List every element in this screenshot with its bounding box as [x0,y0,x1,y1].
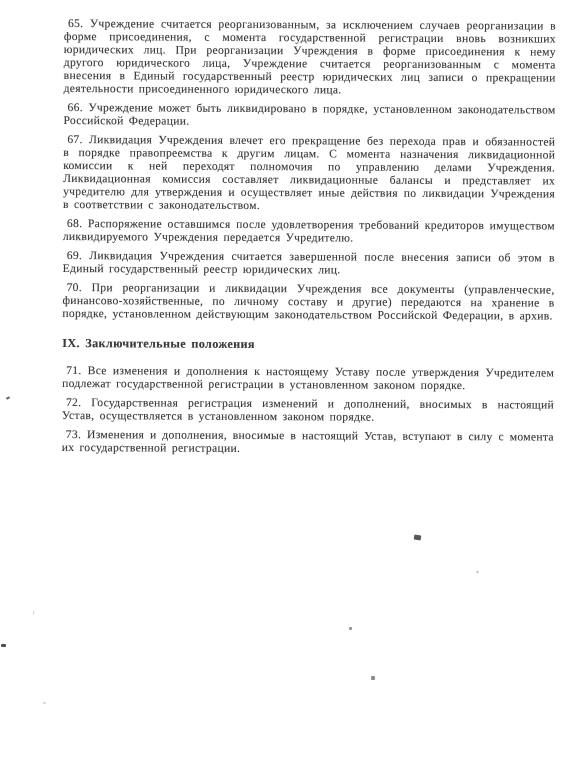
paragraph-71: 71. Все изменения и дополнения к настоящ… [62,364,554,393]
paragraph-text: Все изменения и дополнения к настоящему … [62,364,554,392]
paragraph-68: 68. Распоряжение оставшимся после удовле… [63,217,555,246]
document-blocks: 65. Учреждение считается реорганизованны… [62,17,556,463]
paragraph-text: Ликвидация Учреждения считается завершен… [63,249,555,276]
scan-speck [349,627,352,630]
paragraph-73: 73. Изменения и дополнения, вносимые в н… [62,428,554,457]
paragraph-number: 68. [67,217,82,230]
scan-speck [1,644,6,647]
paragraph-text: Распоряжение оставшимся после удовлетвор… [63,217,555,244]
scan-speck [6,396,10,400]
paragraph-66: 66. Учреждение может быть ликвидировано … [63,101,555,130]
paragraph-69: 69. Ликвидация Учреждения считается заве… [63,249,555,278]
paragraph-text: При реорганизации и ликвидации Учреждени… [62,281,554,322]
scan-speck [371,676,375,680]
scan-speck [33,611,34,615]
paragraph-number: 67. [67,133,82,146]
paragraph-text: Ликвидация Учреждения влечет его прекращ… [63,133,555,212]
paragraph-number: 73. [66,428,81,441]
paragraph-number: 66. [67,101,82,114]
paragraph-65: 65. Учреждение считается реорганизованны… [64,17,556,98]
paragraph-number: 65. [68,17,83,30]
paragraph-text: Государственная регистрация изменений и … [62,396,554,423]
document-page: 65. Учреждение считается реорганизованны… [0,0,577,783]
paragraph-number: 71. [66,364,81,377]
paragraph-70: 70. При реорганизации и ликвидации Учреж… [62,281,554,323]
section-heading: IX. Заключительные положения [62,337,554,353]
paragraph-text: Учреждение может быть ликвидировано в по… [63,101,555,128]
scan-speck [43,702,46,704]
section-heading-text: IX. Заключительные положения [62,336,255,351]
paragraph-number: 69. [67,249,82,262]
paragraph-number: 70. [67,281,82,294]
paragraph-text: Учреждение считается реорганизованным, з… [64,17,556,96]
scan-speck [414,535,422,541]
paragraph-72: 72. Государственная регистрация изменени… [62,396,554,425]
scan-speck [476,570,480,573]
paragraph-67: 67. Ликвидация Учреждения влечет его пре… [63,133,555,214]
paragraph-text: Изменения и дополнения, вносимые в насто… [62,428,554,455]
paragraph-number: 72. [66,396,81,409]
